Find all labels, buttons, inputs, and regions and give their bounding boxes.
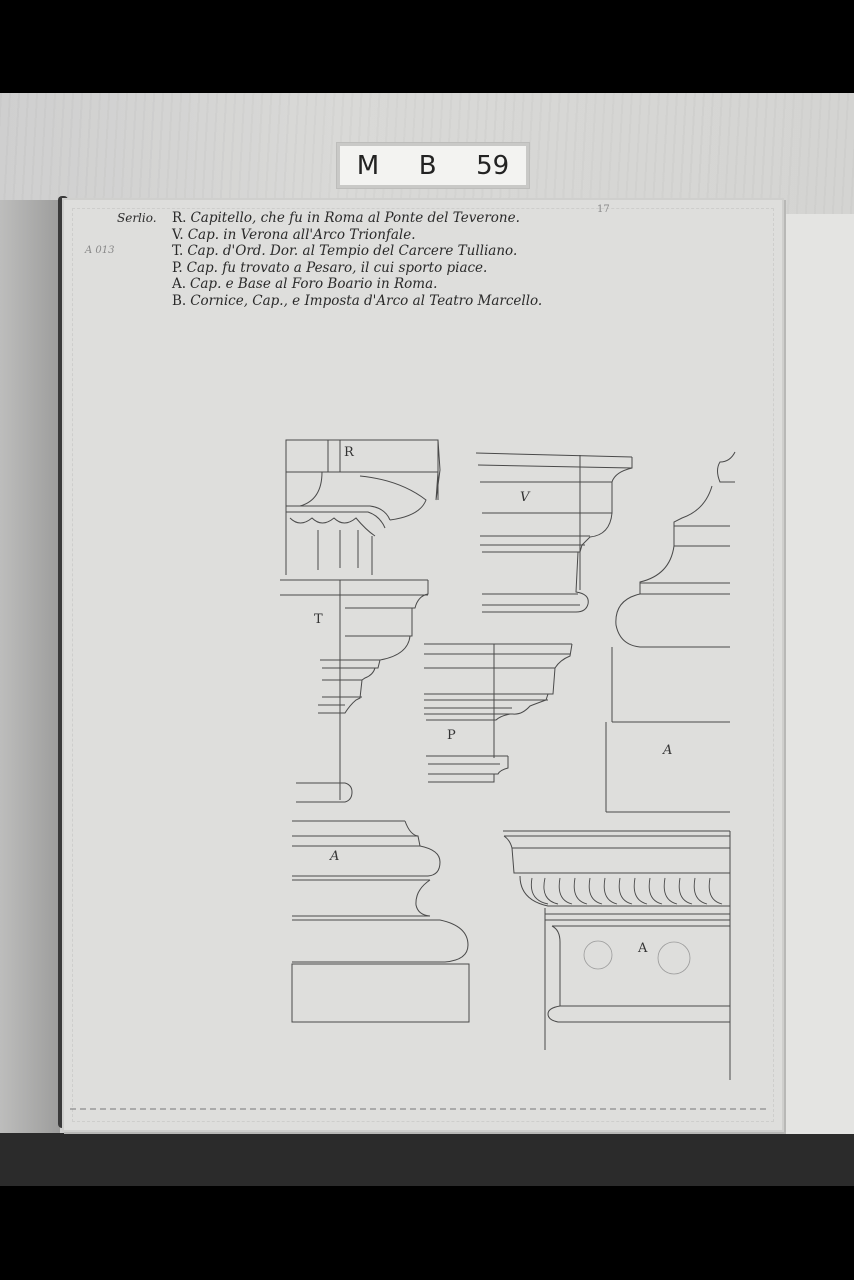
legend-item: A.Cap. e Base al Foro Boario in Roma. xyxy=(172,276,542,293)
legend-text: Serlio. R.Capitello, che fu in Roma al P… xyxy=(117,210,542,309)
page-edge-wear xyxy=(70,1108,770,1110)
figure-label-r: R xyxy=(344,445,354,460)
dark-surface xyxy=(0,1133,854,1186)
left-shadow xyxy=(0,200,60,1135)
figure-label-v: V xyxy=(520,490,529,505)
figure-label-t: T xyxy=(314,612,323,627)
archive-series: M xyxy=(357,151,379,181)
legend-item: R.Capitello, che fu in Roma al Ponte del… xyxy=(172,210,542,227)
legend-item: T.Cap. d'Ord. Dor. al Tempio del Carcere… xyxy=(172,243,542,260)
figure-label-a-lower-left: A xyxy=(330,849,339,864)
legend-item: V.Cap. in Verona all'Arco Trionfale. xyxy=(172,227,542,244)
legend-item: P.Cap. fu trovato a Pesaro, il cui sport… xyxy=(172,260,542,277)
manuscript-page xyxy=(62,198,784,1132)
legend-intro: Serlio. xyxy=(117,210,157,227)
facing-page xyxy=(780,214,854,1134)
figure-label-p: P xyxy=(447,728,456,743)
figure-label-a-right: A xyxy=(663,743,672,758)
legend-item: B.Cornice, Cap., e Imposta d'Arco al Tea… xyxy=(172,293,542,310)
page-top-mark: 17 xyxy=(597,204,610,215)
legend-list: R.Capitello, che fu in Roma al Ponte del… xyxy=(117,210,542,309)
archive-volume: B xyxy=(419,151,437,181)
archive-number: 59 xyxy=(476,151,509,181)
figure-label-a-lower-right: A xyxy=(638,941,647,956)
archive-label: M B 59 xyxy=(336,142,530,189)
frame-border-bottom xyxy=(0,1186,854,1280)
margin-reference: A 013 xyxy=(85,245,115,256)
